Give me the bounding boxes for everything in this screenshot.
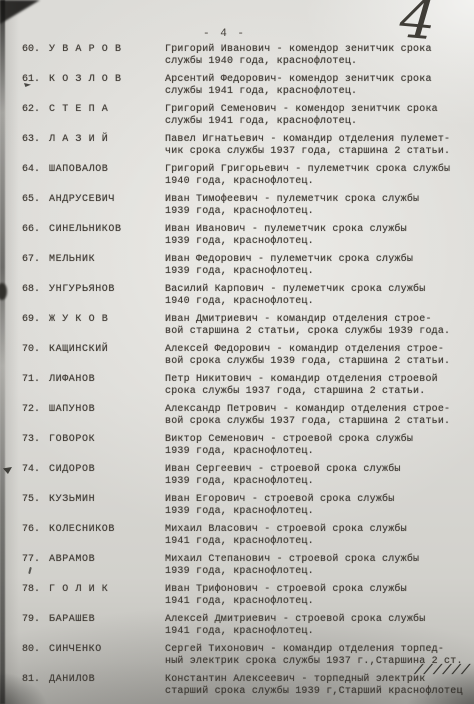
entry-surname: Ж У К О В [49,314,165,338]
entry-row: 65. АНДРУСЕВИЧ Иван Тимофеевич - пулемет… [22,194,471,218]
scan-edge-shadow [0,0,5,704]
entry-surname: КАЩИНСКИЙ [49,344,165,368]
entry-list: 60. У В А Р О В Григорий Иванович - коме… [22,44,471,704]
entry-number: 60. [22,44,49,68]
entry-number: 78. [22,584,49,608]
entry-row: 69. Ж У К О В Иван Дмитриевич - командир… [22,314,471,338]
entry-details: Иван Сергеевич - строевой срока службы 1… [165,464,471,488]
entry-details: Михаил Степанович - строевой срока служб… [165,554,471,578]
entry-number: 65. [22,194,49,218]
entry-row: 78. Г О Л И К Иван Трифонович - строевой… [22,584,471,608]
entry-details: Петр Никитович - командир отделения стро… [165,374,471,398]
ink-mark [3,467,12,474]
entry-row: 68. УНГУРЬЯНОВ Василий Карпович - пулеме… [22,284,471,308]
entry-surname: КУЗЬМИН [49,494,165,518]
page-number: - 4 - [203,28,246,40]
entry-details: Иван Федорович - пулеметчик срока службы… [165,254,471,278]
entry-details: Василий Карпович - пулеметчик срока служ… [165,284,471,308]
entry-row: 81. ДАНИЛОВ Константин Алексеевич - торп… [22,674,471,698]
entry-details: Иван Егорович - строевой срока службы 19… [165,494,471,518]
entry-details: Алексей Федорович - командир отделения с… [165,344,471,368]
entry-row: 66. СИНЕЛЬНИКОВ Иван Иванович - пулеметч… [22,224,471,248]
entry-details: Павел Игнатьевич - командир отделения пу… [165,134,471,158]
entry-details: Михаил Власович - строевой срока службы … [165,524,471,548]
entry-surname: СИДОРОВ [49,464,165,488]
entry-details: Григорий Иванович - комендор зенитчик ср… [165,44,471,68]
entry-details: Арсентий Федорович- комендор зенитчик ср… [165,74,471,98]
entry-details: Александр Петрович - командир отделения … [165,404,471,428]
entry-row: 74. СИДОРОВ Иван Сергеевич - строевой ср… [22,464,471,488]
entry-surname: БАРАШЕВ [49,614,165,638]
entry-row: 72. ШАПУНОВ Александр Петрович - команди… [22,404,471,428]
entry-surname: Г О Л И К [49,584,165,608]
entry-details: Виктор Семенович - строевой срока службы… [165,434,471,458]
entry-surname: ШАПУНОВ [49,404,165,428]
ink-mark [0,283,7,300]
entry-row: 61. К О З Л О В Арсентий Федорович- коме… [22,74,471,98]
entry-number: 79. [22,614,49,638]
entry-row: 64. ШАПОВАЛОВ Григорий Григорьевич - пул… [22,164,471,188]
entry-surname: ШАПОВАЛОВ [49,164,165,188]
entry-row: 71. ЛИФАНОВ Петр Никитович - командир от… [22,374,471,398]
entry-number: 74. [22,464,49,488]
entry-row: 73. ГОВОРОК Виктор Семенович - строевой … [22,434,471,458]
entry-number: 72. [22,404,49,428]
document-page: - 4 - 4 60. У В А Р О В Григорий Иванови… [0,0,474,704]
entry-number: 68. [22,284,49,308]
entry-surname: Л А З И Й [49,134,165,158]
entry-details: Иван Иванович - пулеметчик срока службы … [165,224,471,248]
handwritten-page-number: 4 [398,0,438,49]
entry-surname: К О З Л О В [49,74,165,98]
entry-details: Иван Тимофеевич - пулеметчик срока служб… [165,194,471,218]
entry-number: 61. [22,74,49,98]
entry-number: 81. [22,674,49,698]
entry-number: 80. [22,644,49,668]
entry-number: 66. [22,224,49,248]
entry-details: Григорий Григорьевич - пулеметчик срока … [165,164,471,188]
entry-number: 75. [22,494,49,518]
entry-surname: МЕЛЬНИК [49,254,165,278]
entry-surname: АВРАМОВ [49,554,165,578]
entry-row: 70. КАЩИНСКИЙ Алексей Федорович - команд… [22,344,471,368]
entry-number: 69. [22,314,49,338]
entry-surname: СИНЕЛЬНИКОВ [49,224,165,248]
entry-surname: УНГУРЬЯНОВ [49,284,165,308]
entry-surname: ДАНИЛОВ [49,674,165,698]
entry-number: 70. [22,344,49,368]
entry-number: 76. [22,524,49,548]
entry-number: 67. [22,254,49,278]
entry-row: 77. АВРАМОВ Михаил Степанович - строевой… [22,554,471,578]
entry-row: 80. СИНЧЕНКО Сергей Тихонович - командир… [22,644,471,668]
entry-details: Иван Дмитриевич - командир отделения стр… [165,314,471,338]
entry-surname: КОЛЕСНИКОВ [49,524,165,548]
entry-row: 62. С Т Е П А Григорий Семенович - комен… [22,104,471,128]
entry-row: 75. КУЗЬМИН Иван Егорович - строевой сро… [22,494,471,518]
entry-number: 77. [22,554,49,578]
handwritten-slash-marks: ////// [412,663,473,679]
entry-number: 62. [22,104,49,128]
entry-surname: ЛИФАНОВ [49,374,165,398]
entry-details: Григорий Семенович - комендор зенитчик с… [165,104,471,128]
entry-row: 79. БАРАШЕВ Алексей Дмитриевич - строево… [22,614,471,638]
entry-row: 67. МЕЛЬНИК Иван Федорович - пулеметчик … [22,254,471,278]
entry-details: Иван Трифонович - строевой срока службы … [165,584,471,608]
entry-number: 71. [22,374,49,398]
entry-number: 64. [22,164,49,188]
entry-row: 76. КОЛЕСНИКОВ Михаил Власович - строево… [22,524,471,548]
entry-row: 60. У В А Р О В Григорий Иванович - коме… [22,44,471,68]
entry-number: 63. [22,134,49,158]
entry-surname: У В А Р О В [49,44,165,68]
entry-number: 73. [22,434,49,458]
entry-surname: ГОВОРОК [49,434,165,458]
entry-surname: АНДРУСЕВИЧ [49,194,165,218]
entry-surname: С Т Е П А [49,104,165,128]
entry-row: 63. Л А З И Й Павел Игнатьевич - команди… [22,134,471,158]
entry-details: Алексей Дмитриевич - строевой срока служ… [165,614,471,638]
entry-surname: СИНЧЕНКО [49,644,165,668]
torn-corner-mark [0,0,40,24]
